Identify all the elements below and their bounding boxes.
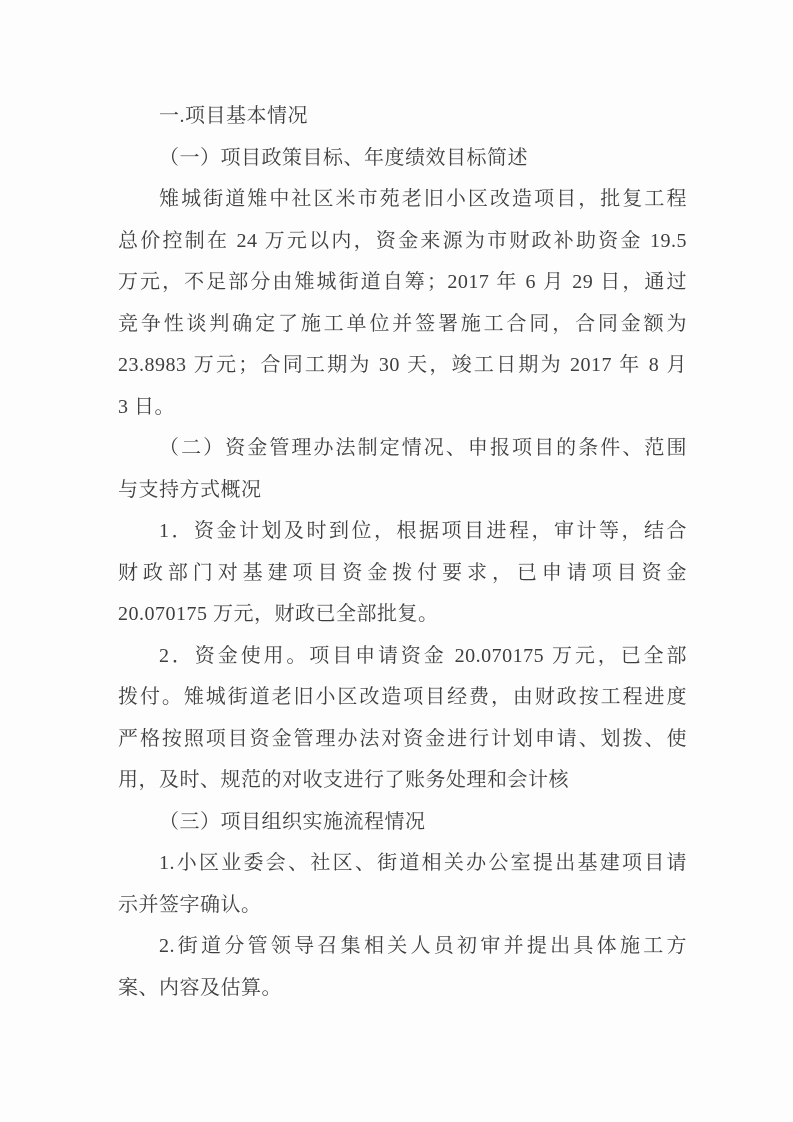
doc-line: 拨付。雉城街道老旧小区改造项目经费，由财政按工程进度 — [118, 677, 687, 719]
paragraph: （三）项目组织实施流程情况 — [118, 802, 687, 844]
doc-line: 2．资金使用。项目申请资金 20.070175 万元，已全部 — [118, 636, 687, 678]
sub-heading: （三）项目组织实施流程情况 — [118, 802, 687, 844]
section-heading: 一.项目基本情况 — [118, 96, 687, 138]
paragraph: （二）资金管理办法制定情况、申报项目的条件、范围 与支持方式概况 — [118, 428, 687, 511]
paragraph: 雉城街道雉中社区米市苑老旧小区改造项目，批复工程 总价控制在 24 万元以内，资… — [118, 179, 687, 428]
doc-line: 总价控制在 24 万元以内，资金来源为市财政补助资金 19.5 — [118, 221, 687, 263]
doc-line: 1.小区业委会、社区、街道相关办公室提出基建项目请 — [118, 843, 687, 885]
doc-line: 财政部门对基建项目资金拨付要求，已申请项目资金 — [118, 553, 687, 595]
doc-line: 严格按照项目资金管理办法对资金进行计划申请、划拨、使 — [118, 719, 687, 761]
doc-line: 万元，不足部分由雉城街道自筹；2017 年 6 月 29 日，通过 — [118, 262, 687, 304]
sub-heading: （一）项目政策目标、年度绩效目标简述 — [118, 138, 687, 180]
doc-line: 竞争性谈判确定了施工单位并签署施工合同，合同金额为 — [118, 304, 687, 346]
doc-line: 23.8983 万元；合同工期为 30 天，竣工日期为 2017 年 8 月 — [118, 345, 687, 387]
doc-line: 1．资金计划及时到位，根据项目进程，审计等，结合 — [118, 511, 687, 553]
paragraph: （一）项目政策目标、年度绩效目标简述 — [118, 138, 687, 180]
paragraph: 2.街道分管领导召集相关人员初审并提出具体施工方 案、内容及估算。 — [118, 926, 687, 1009]
document-body: 一.项目基本情况 （一）项目政策目标、年度绩效目标简述 雉城街道雉中社区米市苑老… — [118, 96, 687, 1009]
doc-line: 与支持方式概况 — [118, 470, 687, 512]
document-page: 一.项目基本情况 （一）项目政策目标、年度绩效目标简述 雉城街道雉中社区米市苑老… — [0, 0, 793, 1122]
doc-line: 用，及时、规范的对收支进行了账务处理和会计核 — [118, 760, 687, 802]
doc-line: 20.070175 万元，财政已全部批复。 — [118, 594, 687, 636]
doc-line: 3 日。 — [118, 387, 687, 429]
paragraph: 2．资金使用。项目申请资金 20.070175 万元，已全部 拨付。雉城街道老旧… — [118, 636, 687, 802]
doc-line: 示并签字确认。 — [118, 885, 687, 927]
paragraph: 一.项目基本情况 — [118, 96, 687, 138]
doc-line: 2.街道分管领导召集相关人员初审并提出具体施工方 — [118, 926, 687, 968]
sub-heading: （二）资金管理办法制定情况、申报项目的条件、范围 — [118, 428, 687, 470]
paragraph: 1.小区业委会、社区、街道相关办公室提出基建项目请 示并签字确认。 — [118, 843, 687, 926]
doc-line: 雉城街道雉中社区米市苑老旧小区改造项目，批复工程 — [118, 179, 687, 221]
paragraph: 1．资金计划及时到位，根据项目进程，审计等，结合 财政部门对基建项目资金拨付要求… — [118, 511, 687, 636]
doc-line: 案、内容及估算。 — [118, 968, 687, 1010]
